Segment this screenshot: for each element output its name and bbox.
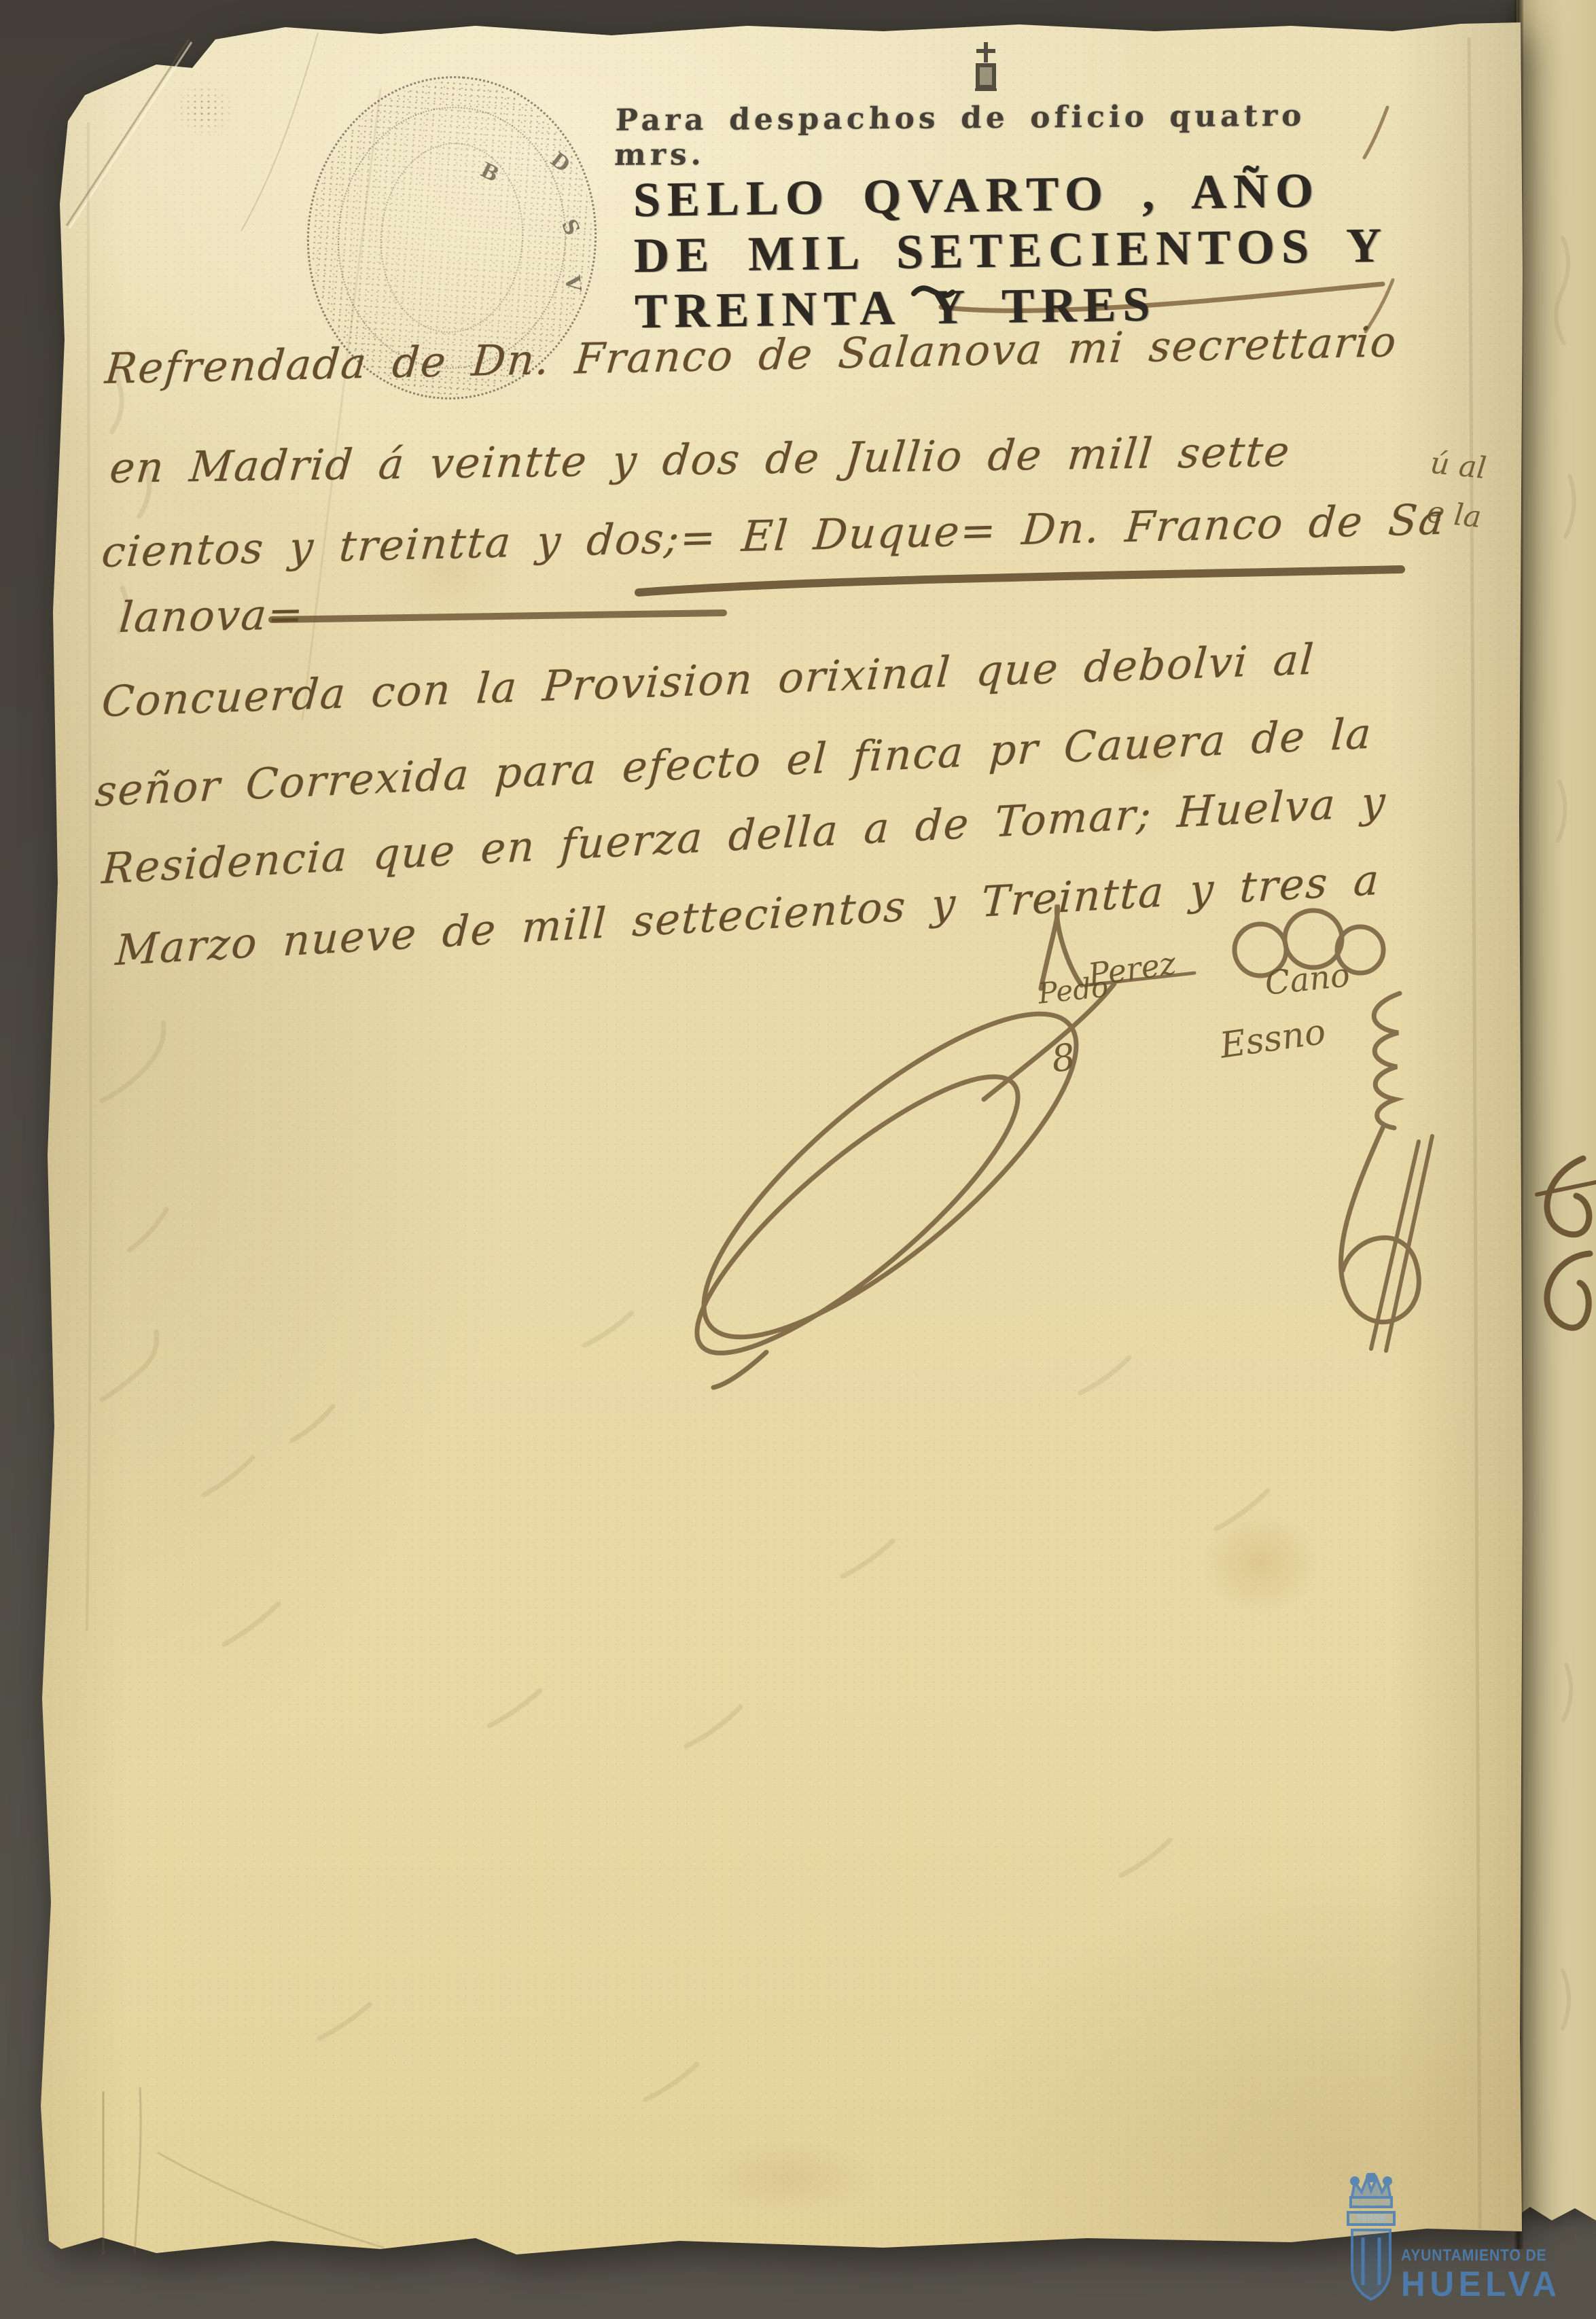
margin-note: e la [1425, 495, 1483, 535]
shield-band-text: TERRE [1356, 2213, 1386, 2223]
margin-note: ú al [1429, 446, 1489, 486]
header-line-2: DE MIL SETECIENTOS Y [633, 217, 1422, 283]
paper-stain [666, 2127, 910, 2229]
seal-rim-letter: V [560, 275, 585, 293]
adjacent-page-ghost-strokes [1556, 238, 1574, 2029]
watermark-city-name: HUELVA [1401, 2264, 1561, 2305]
printed-stamp-line: Para despachos de oficio quatro mrs. [614, 98, 1377, 173]
huelva-crest-icon: TERRE [1347, 2173, 1396, 2312]
cross-mark-icon [968, 39, 1004, 96]
paper-stain [1182, 1495, 1338, 1631]
archive-watermark: TERRE AYUNTAMIENTO DE HUELVA [1347, 2173, 1578, 2316]
ink-smudge-speckles [171, 80, 236, 139]
watermark-org-line: AYUNTAMIENTO DE [1401, 2246, 1547, 2265]
printed-header: SELLO QVARTO , AÑO DE MIL SETECIENTOS Y … [633, 161, 1423, 339]
adjacent-page-partial-handwriting [1537, 1158, 1596, 1328]
